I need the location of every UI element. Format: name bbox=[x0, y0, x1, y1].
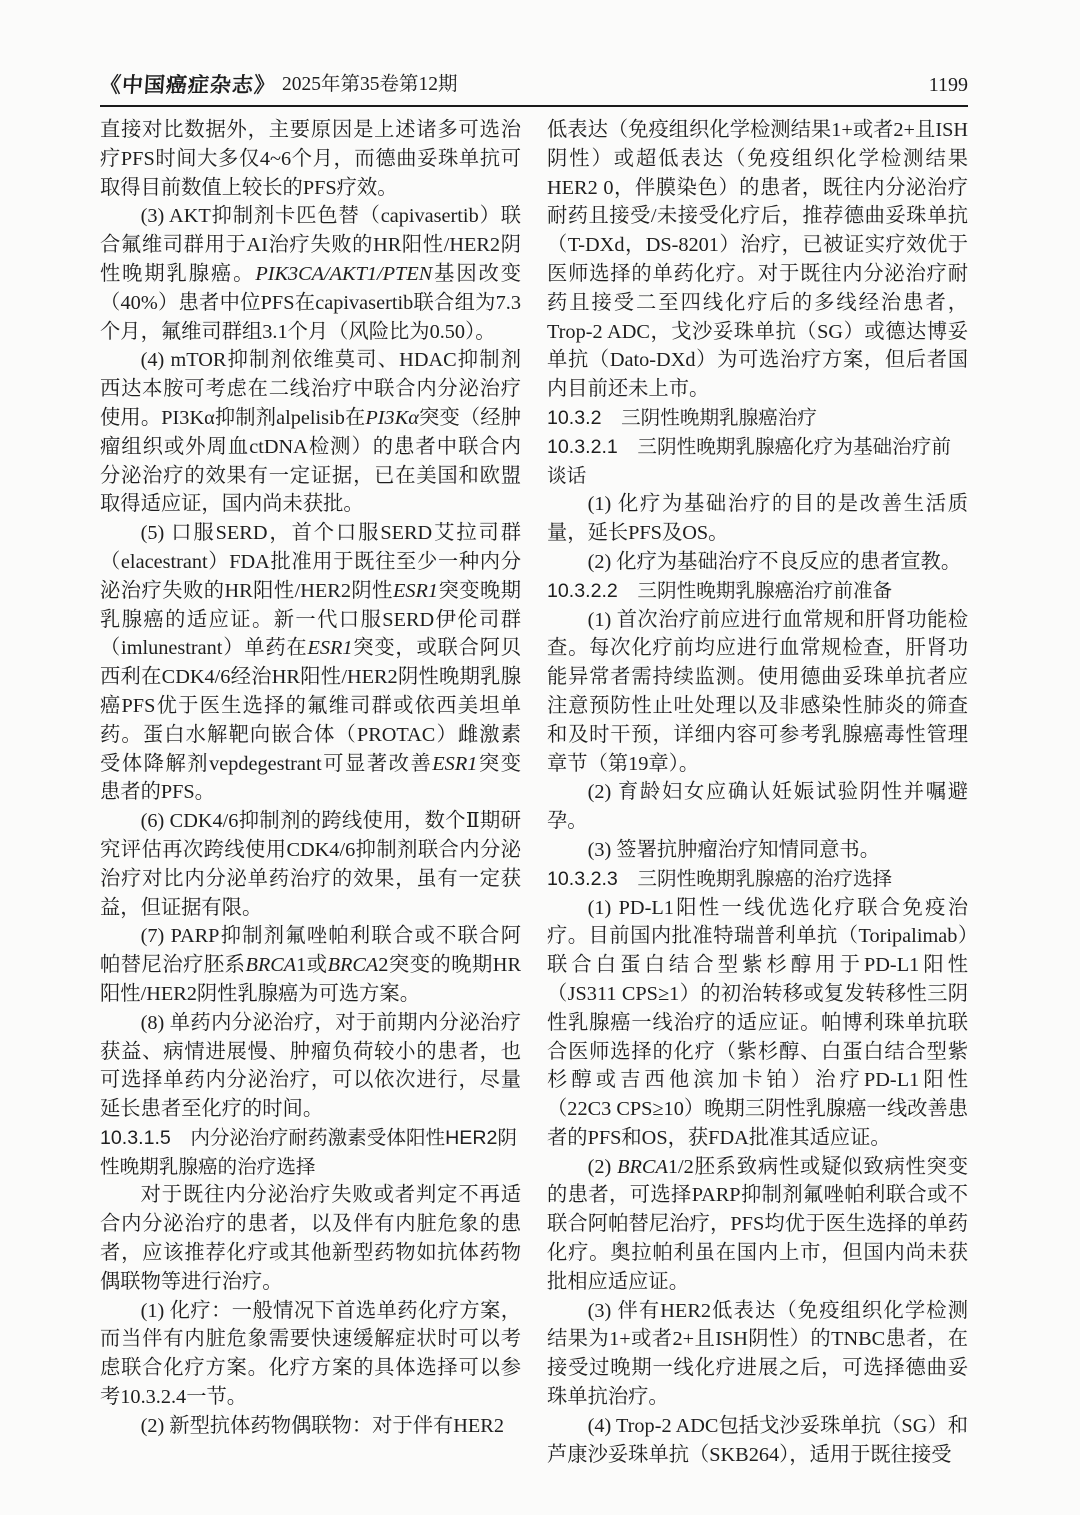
paragraph: 低表达（免疫组织化学检测结果1+或者2+且ISH阴性）或超低表达（免疫组织化学检… bbox=[547, 116, 968, 404]
paragraph: (1) 化疗为基础治疗的目的是改善生活质量，延长PFS及OS。 bbox=[547, 490, 968, 548]
paragraph: (1) PD-L1阳性一线优选化疗联合免疫治疗。目前国内批准特瑞普利单抗（Tor… bbox=[547, 894, 968, 1153]
document-page: 《中国癌症杂志》 2025年第35卷第12期 1199 直接对比数据外，主要原因… bbox=[0, 0, 1080, 1515]
section-heading: 10.3.1.5 内分泌治疗耐药激素受体阳性HER2阴性晚期乳腺癌的治疗选择 bbox=[100, 1124, 521, 1182]
body-columns: 直接对比数据外，主要原因是上述诸多可选治疗PFS时间大多仅4~6个月，而德曲妥珠… bbox=[100, 116, 968, 1469]
page-number: 1199 bbox=[929, 72, 968, 98]
paragraph: (3) AKT抑制剂卡匹色替（capivasertib）联合氟维司群用于AI治疗… bbox=[100, 202, 521, 346]
paragraph: (1) 首次治疗前应进行血常规和肝肾功能检查。每次化疗前均应进行血常规检查，肝肾… bbox=[547, 606, 968, 779]
paragraph: (3) 伴有HER2低表达（免疫组织化学检测结果为1+或者2+且ISH阴性）的T… bbox=[547, 1297, 968, 1412]
issue-info: 2025年第35卷第12期 bbox=[282, 72, 458, 98]
header-rule bbox=[100, 105, 968, 107]
paragraph: (4) mTOR抑制剂依维莫司、HDAC抑制剂西达本胺可考虑在二线治疗中联合内分… bbox=[100, 346, 521, 519]
paragraph: (5) 口服SERD，首个口服SERD艾拉司群（elacestrant）FDA批… bbox=[100, 519, 521, 807]
paragraph: (2) 新型抗体药物偶联物：对于伴有HER2 bbox=[100, 1412, 521, 1441]
paragraph: (7) PARP抑制剂氟唑帕利联合或不联合阿帕替尼治疗胚系BRCA1或BRCA2… bbox=[100, 922, 521, 1008]
section-heading: 10.3.2 三阴性晚期乳腺癌治疗 bbox=[547, 404, 968, 433]
paragraph: (2) 化疗为基础治疗不良反应的患者宣教。 bbox=[547, 548, 968, 577]
right-column: 低表达（免疫组织化学检测结果1+或者2+且ISH阴性）或超低表达（免疫组织化学检… bbox=[547, 116, 968, 1469]
paragraph: (8) 单药内分泌治疗，对于前期内分泌治疗获益、病情进展慢、肿瘤负荷较小的患者，… bbox=[100, 1009, 521, 1124]
section-heading: 10.3.2.2 三阴性晚期乳腺癌治疗前准备 bbox=[547, 577, 968, 606]
paragraph: (2) BRCA1/2胚系致病性或疑似致病性突变的患者，可选择PARP抑制剂氟唑… bbox=[547, 1153, 968, 1297]
header-left: 《中国癌症杂志》 2025年第35卷第12期 bbox=[100, 72, 458, 98]
paragraph: (3) 签署抗肿瘤治疗知情同意书。 bbox=[547, 836, 968, 865]
paragraph: (2) 育龄妇女应确认妊娠试验阴性并嘱避孕。 bbox=[547, 778, 968, 836]
section-heading: 10.3.2.1 三阴性晚期乳腺癌化疗为基础治疗前谈话 bbox=[547, 433, 968, 491]
paragraph: 直接对比数据外，主要原因是上述诸多可选治疗PFS时间大多仅4~6个月，而德曲妥珠… bbox=[100, 116, 521, 202]
paragraph: 对于既往内分泌治疗失败或者判定不再适合内分泌治疗的患者，以及伴有内脏危象的患者，… bbox=[100, 1181, 521, 1296]
page-header: 《中国癌症杂志》 2025年第35卷第12期 1199 bbox=[100, 72, 968, 98]
paragraph: (6) CDK4/6抑制剂的跨线使用，数个Ⅱ期研究评估再次跨线使用CDK4/6抑… bbox=[100, 807, 521, 922]
journal-title: 《中国癌症杂志》 bbox=[99, 72, 277, 98]
section-heading: 10.3.2.3 三阴性晚期乳腺癌的治疗选择 bbox=[547, 865, 968, 894]
left-column: 直接对比数据外，主要原因是上述诸多可选治疗PFS时间大多仅4~6个月，而德曲妥珠… bbox=[100, 116, 521, 1469]
paragraph: (4) Trop-2 ADC包括戈沙妥珠单抗（SG）和芦康沙妥珠单抗（SKB26… bbox=[547, 1412, 968, 1470]
paragraph: (1) 化疗：一般情况下首选单药化疗方案，而当伴有内脏危象需要快速缓解症状时可以… bbox=[100, 1297, 521, 1412]
